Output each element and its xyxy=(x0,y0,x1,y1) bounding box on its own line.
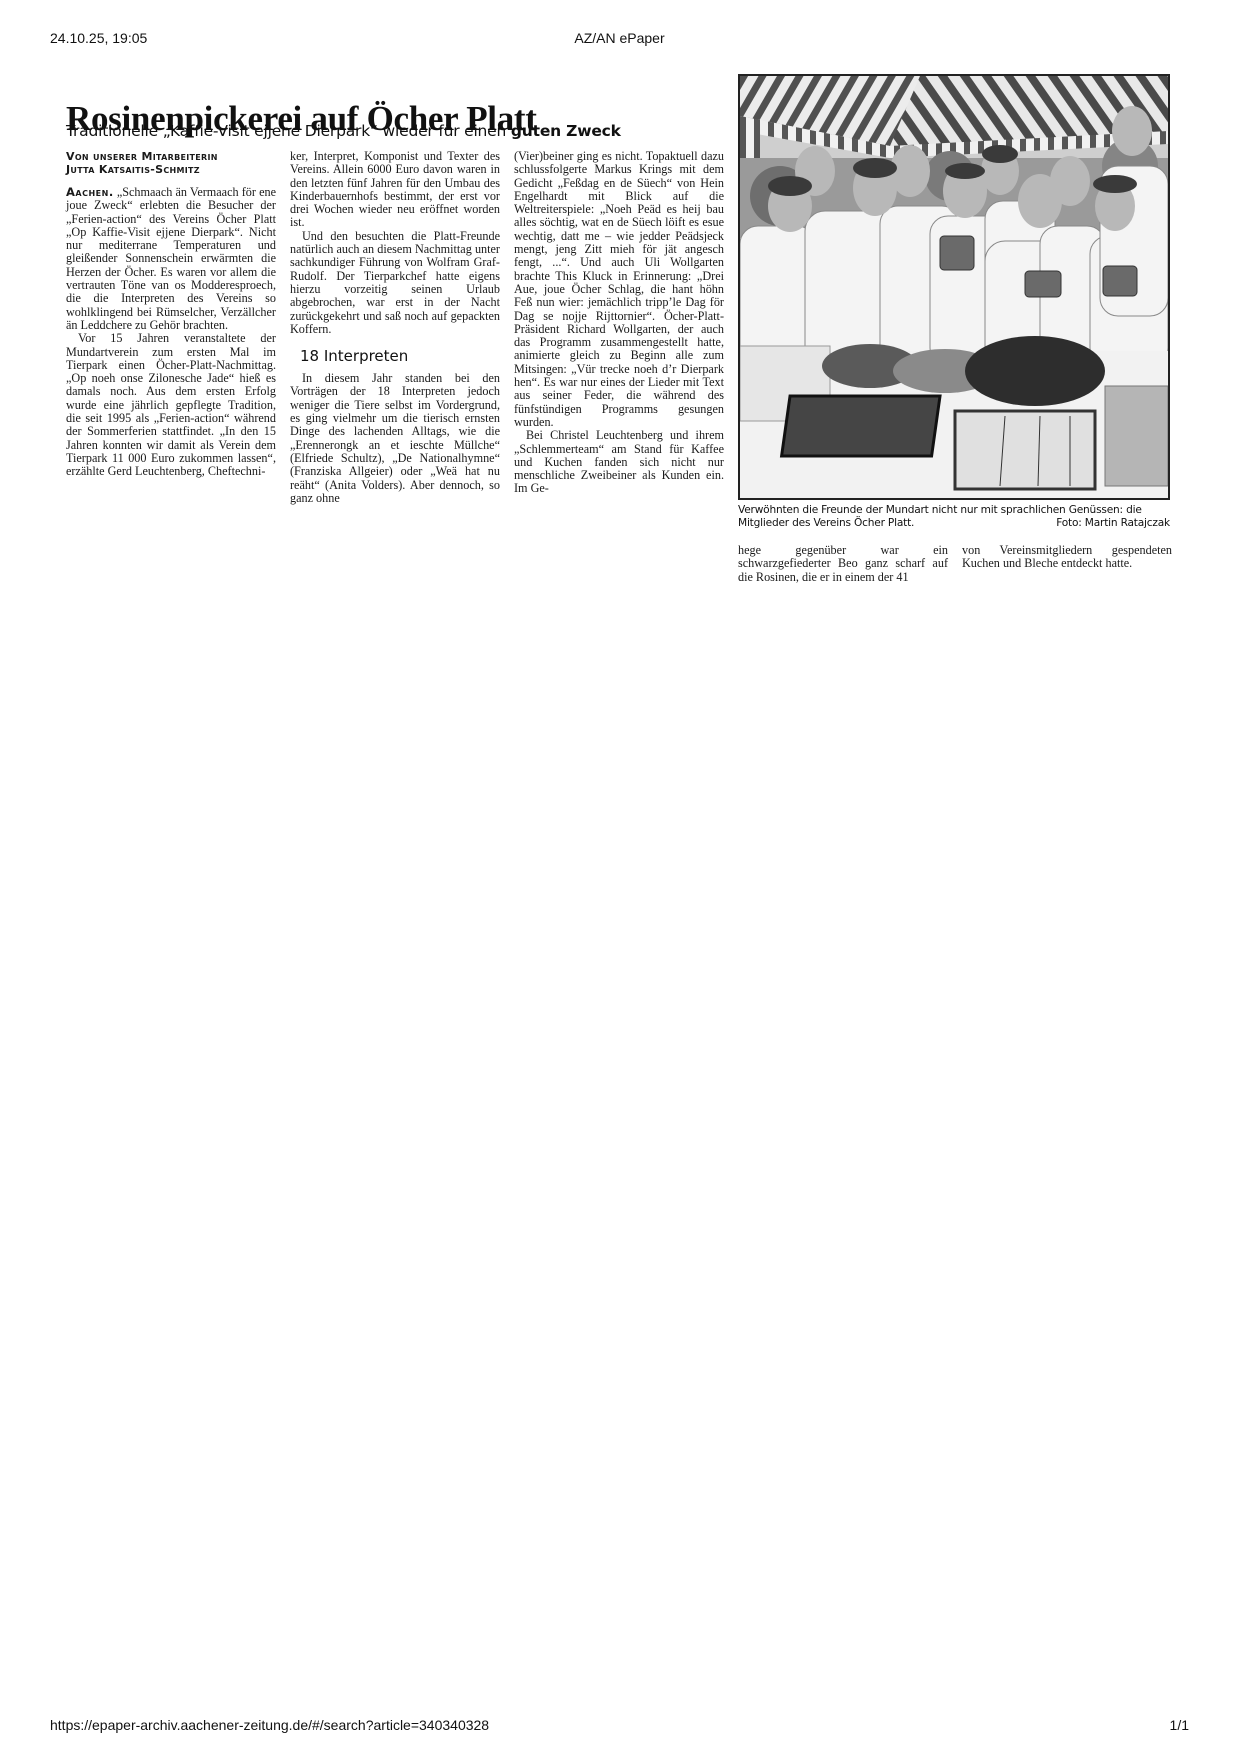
paragraph: Bei Christel Leuchtenberg und ihrem „Sch… xyxy=(514,429,724,495)
byline-author: Jutta Katsaitis-Schmitz xyxy=(66,163,276,176)
print-url: https://epaper-archiv.aachener-zeitung.d… xyxy=(50,1717,489,1733)
section-subheading: 18 Interpreten xyxy=(300,346,500,366)
paragraph-text: „Schmaach än Vermaach för ene joue Zweck… xyxy=(66,185,276,332)
paragraph: (Vier)beiner ging es nicht. Topaktuell d… xyxy=(514,150,724,429)
paragraph: Vor 15 Jahren veranstaltete der Mundartv… xyxy=(66,332,276,478)
print-title: AZ/AN ePaper xyxy=(0,30,1239,46)
article-column-3: (Vier)beiner ging es nicht. Topaktuell d… xyxy=(514,150,724,496)
article-photo xyxy=(738,74,1170,500)
print-header: 24.10.25, 19:05 AZ/AN ePaper xyxy=(0,30,1239,50)
paragraph: hege gegenüber war ein schwarzgefiederte… xyxy=(738,544,948,584)
article-column-2: ker, Interpret, Komponist und Texter des… xyxy=(290,150,500,505)
article-column-5: von Vereinsmitgliedern gespendeten Kuche… xyxy=(962,544,1172,571)
newspaper-article: Rosinenpickerei auf Öcher Platt Traditio… xyxy=(66,76,1176,606)
print-footer: https://epaper-archiv.aachener-zeitung.d… xyxy=(0,1717,1239,1737)
paragraph: Aachen. „Schmaach än Vermaach för ene jo… xyxy=(66,186,276,332)
print-page-number: 1/1 xyxy=(1170,1717,1189,1733)
dateline: Aachen. xyxy=(66,185,114,199)
article-column-1: Von unserer Mitarbeiterin Jutta Katsaiti… xyxy=(66,150,276,479)
paragraph: Und den besuchten die Platt-Freunde natü… xyxy=(290,230,500,336)
article-column-4: hege gegenüber war ein schwarzgefiederte… xyxy=(738,544,948,584)
byline-line-1: Von unserer Mitarbeiterin xyxy=(66,150,276,163)
subhead-regular: Traditionelle „Kaffie-Visit ejjene Dierp… xyxy=(66,122,511,140)
paragraph: In diesem Jahr standen bei den Vorträgen… xyxy=(290,372,500,505)
photo-credit: Foto: Martin Ratajczak xyxy=(1056,517,1170,530)
photo-caption: Verwöhnten die Freunde der Mundart nicht… xyxy=(738,504,1170,530)
group-photo-image xyxy=(740,76,1168,498)
paragraph: ker, Interpret, Komponist und Texter des… xyxy=(290,150,500,230)
subheadline: Traditionelle „Kaffie-Visit ejjene Dierp… xyxy=(66,122,621,140)
paragraph: von Vereinsmitgliedern gespendeten Kuche… xyxy=(962,544,1172,571)
subhead-bold: guten Zweck xyxy=(511,122,621,140)
byline: Von unserer Mitarbeiterin Jutta Katsaiti… xyxy=(66,150,276,176)
